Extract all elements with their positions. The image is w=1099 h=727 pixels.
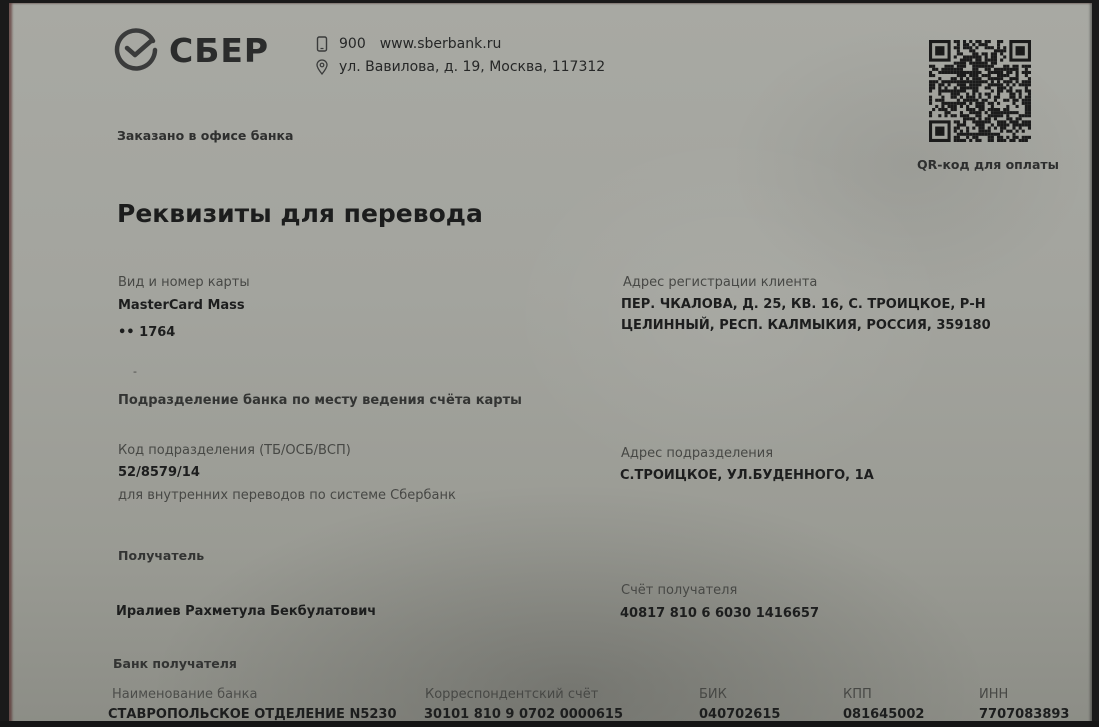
location-pin-icon <box>315 59 329 75</box>
corr-account-label: Корреспондентский счёт <box>425 687 598 702</box>
contact-phone-website: 900 www.sberbank.ru <box>315 36 501 52</box>
bank-head-office-address: ул. Вавилова, д. 19, Москва, 117312 <box>339 59 605 75</box>
page-title: Реквизиты для перевода <box>117 199 483 228</box>
recipient-bank-section-heading: Банк получателя <box>113 656 237 671</box>
recipient-account: 40817 810 6 6030 1416657 <box>620 606 819 621</box>
inn-label: ИНН <box>979 687 1008 702</box>
bank-name-label: Наименование банка <box>112 687 257 702</box>
branch-code-note: для внутренних переводов по системе Сбер… <box>118 488 456 503</box>
sber-logo: СБЕР <box>113 27 269 73</box>
corr-account: 30101 810 9 0702 0000615 <box>424 707 623 722</box>
sber-check-circle-icon <box>113 27 159 73</box>
photo-frame: СБЕР 900 www.sberbank.ru ул. Вавилова, д… <box>0 0 1099 727</box>
branch-address-label: Адрес подразделения <box>621 446 773 461</box>
bik-value: 040702615 <box>699 707 780 722</box>
inn-value: 7707083893 <box>979 707 1069 722</box>
client-address-line1: ПЕР. ЧКАЛОВА, Д. 25, КВ. 16, С. ТРОИЦКОЕ… <box>621 297 986 312</box>
branch-code-label: Код подразделения (ТБ/ОСБ/ВСП) <box>118 443 351 458</box>
recipient-section-heading: Получатель <box>118 548 204 563</box>
qr-caption: QR-код для оплаты <box>917 157 1059 172</box>
contact-address: ул. Вавилова, д. 19, Москва, 117312 <box>315 59 605 75</box>
requisites-document: СБЕР 900 www.sberbank.ru ул. Вавилова, д… <box>9 3 1092 724</box>
photo-bottom-edge <box>0 721 1099 727</box>
recipient-account-label: Счёт получателя <box>621 583 737 598</box>
qr-code[interactable] <box>929 35 1031 147</box>
bik-label: БИК <box>699 687 727 702</box>
recipient-name: Иралиев Рахметула Бекбулатович <box>116 604 376 619</box>
ordered-note: Заказано в офисе банка <box>117 128 293 143</box>
branch-section-heading: Подразделение банка по месту ведения счё… <box>118 393 522 408</box>
kpp-label: КПП <box>843 687 872 702</box>
client-address-line2: ЦЕЛИННЫЙ, РЕСП. КАЛМЫКИЯ, РОССИЯ, 359180 <box>621 318 991 333</box>
bank-name: СТАВРОПОЛЬСКОЕ ОТДЕЛЕНИЕ N5230 <box>108 707 397 722</box>
kpp-value: 081645002 <box>843 707 924 722</box>
brand-name: СБЕР <box>169 31 269 70</box>
card-dash: - <box>133 365 137 378</box>
phone-icon <box>315 36 329 52</box>
card-type: MasterCard Mass <box>118 298 245 313</box>
branch-address-value: С.ТРОИЦКОЕ, УЛ.БУДЕННОГО, 1А <box>620 468 874 483</box>
card-number-masked: •• 1764 <box>118 325 175 340</box>
website-link[interactable]: www.sberbank.ru <box>380 36 502 52</box>
card-label: Вид и номер карты <box>118 275 250 290</box>
branch-code-value: 52/8579/14 <box>118 465 200 480</box>
phone-number: 900 <box>339 36 366 52</box>
client-address-label: Адрес регистрации клиента <box>623 275 817 290</box>
